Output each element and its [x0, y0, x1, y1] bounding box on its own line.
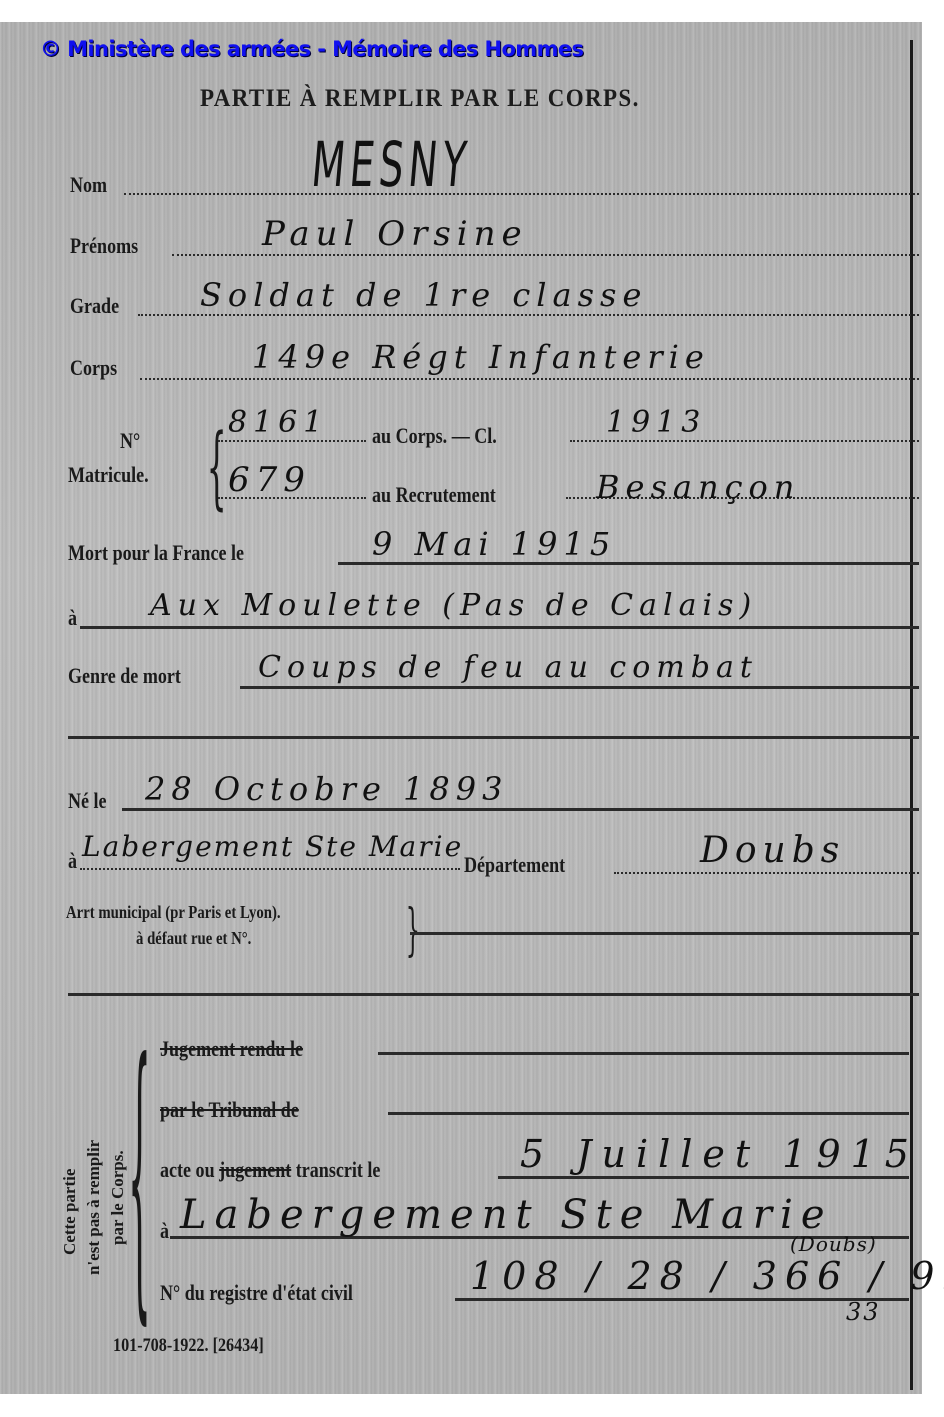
matricule-label: Matricule. — [68, 462, 149, 488]
au-corps-label: au Corps. — Cl. — [372, 423, 497, 449]
matricule-corps-number: 8161 — [228, 405, 328, 440]
grade-line — [138, 314, 919, 316]
transcrit-suffix: transcrit le — [296, 1157, 381, 1182]
mort-le-label: Mort pour la France le — [68, 540, 244, 566]
genre-mort-extra-line — [68, 736, 919, 739]
nom-line — [124, 193, 919, 195]
genre-mort-value: Coups de feu au combat — [258, 650, 758, 685]
ne-le-value: 28 Octobre 1893 — [145, 770, 509, 808]
lower-section-brace: { — [128, 1025, 151, 1325]
jugement-rendu-line — [378, 1052, 909, 1055]
corps-label: Corps — [70, 355, 117, 381]
au-corps-line — [218, 440, 366, 442]
side-note-line-3: par le Corps. — [108, 1150, 128, 1245]
corps-value: 149e Régt Infanterie — [252, 338, 710, 376]
copyright-watermark: © Ministère des armées - Mémoire des Hom… — [40, 37, 583, 61]
mort-a-value: Aux Moulette (Pas de Calais) — [150, 588, 757, 623]
departement-label: Département — [464, 852, 565, 878]
form-code: 101-708-1922. [26434] — [113, 1335, 264, 1357]
prenoms-label: Prénoms — [70, 233, 138, 259]
card-border — [910, 40, 913, 1390]
recrutement-value: Besançon — [596, 468, 800, 506]
registre-annotation: (Doubs) — [790, 1232, 877, 1256]
genre-mort-label: Genre de mort — [68, 663, 181, 689]
recrutement-number: 679 — [228, 460, 311, 500]
form-title: PARTIE À REMPLIR PAR LE CORPS. — [200, 85, 640, 113]
ne-le-line — [122, 808, 919, 811]
jugement-rendu-label: Jugement rendu le — [160, 1036, 303, 1062]
transcrit-a-value: Labergement Ste Marie — [180, 1192, 833, 1238]
matricule-brace: { — [207, 415, 227, 520]
arrondissement-brace: } — [406, 898, 420, 963]
mort-a-line — [80, 626, 919, 629]
grade-label: Grade — [70, 293, 119, 319]
registre-label: N° du registre d'état civil — [160, 1280, 353, 1306]
arrondissement-label: Arrt municipal (pr Paris et Lyon). — [66, 902, 281, 923]
ne-a-line — [80, 868, 460, 870]
nom-value: MESNY — [309, 128, 474, 201]
departement-line — [614, 872, 919, 874]
transcrit-a-label: à — [160, 1218, 169, 1244]
tribunal-label: par le Tribunal de — [160, 1097, 299, 1123]
transcrit-struck: jugement — [219, 1157, 291, 1182]
genre-mort-line — [240, 686, 919, 689]
corps-line — [140, 378, 919, 380]
transcrit-line — [498, 1176, 909, 1179]
registre-annotation-sub: 33 — [846, 1298, 881, 1326]
prenoms-line — [172, 254, 919, 256]
grade-value: Soldat de 1re classe — [200, 276, 647, 314]
matricule-label-no: N° — [120, 428, 140, 454]
registre-value: 108 / 28 / 366 / 99 — [470, 1254, 944, 1298]
tribunal-line — [388, 1112, 909, 1115]
registre-line — [455, 1298, 909, 1301]
ne-a-value: Labergement Ste Marie — [82, 830, 463, 863]
nom-label: Nom — [70, 172, 107, 198]
prenoms-value: Paul Orsine — [262, 214, 528, 254]
mort-le-value: 9 Mai 1915 — [372, 525, 616, 563]
arrondissement-label-2: à défaut rue et N°. — [136, 928, 251, 949]
arrondissement-line — [410, 932, 919, 935]
classe-value: 1913 — [606, 405, 706, 440]
classe-line — [570, 440, 919, 442]
departement-value: Doubs — [700, 830, 845, 871]
mort-a-label: à — [68, 605, 77, 631]
side-note-line-2: n'est pas à remplir — [84, 1140, 104, 1275]
transcrit-value: 5 Juillet 1915 — [520, 1132, 919, 1176]
ne-a-label: à — [68, 848, 77, 874]
side-note-line-1: Cette partie — [60, 1169, 80, 1255]
separator-line — [68, 993, 919, 996]
transcrit-prefix: acte ou — [160, 1157, 215, 1182]
transcrit-label: acte ou jugement transcrit le — [160, 1157, 380, 1183]
recrutement-label: au Recrutement — [372, 482, 496, 508]
ne-le-label: Né le — [68, 788, 107, 814]
